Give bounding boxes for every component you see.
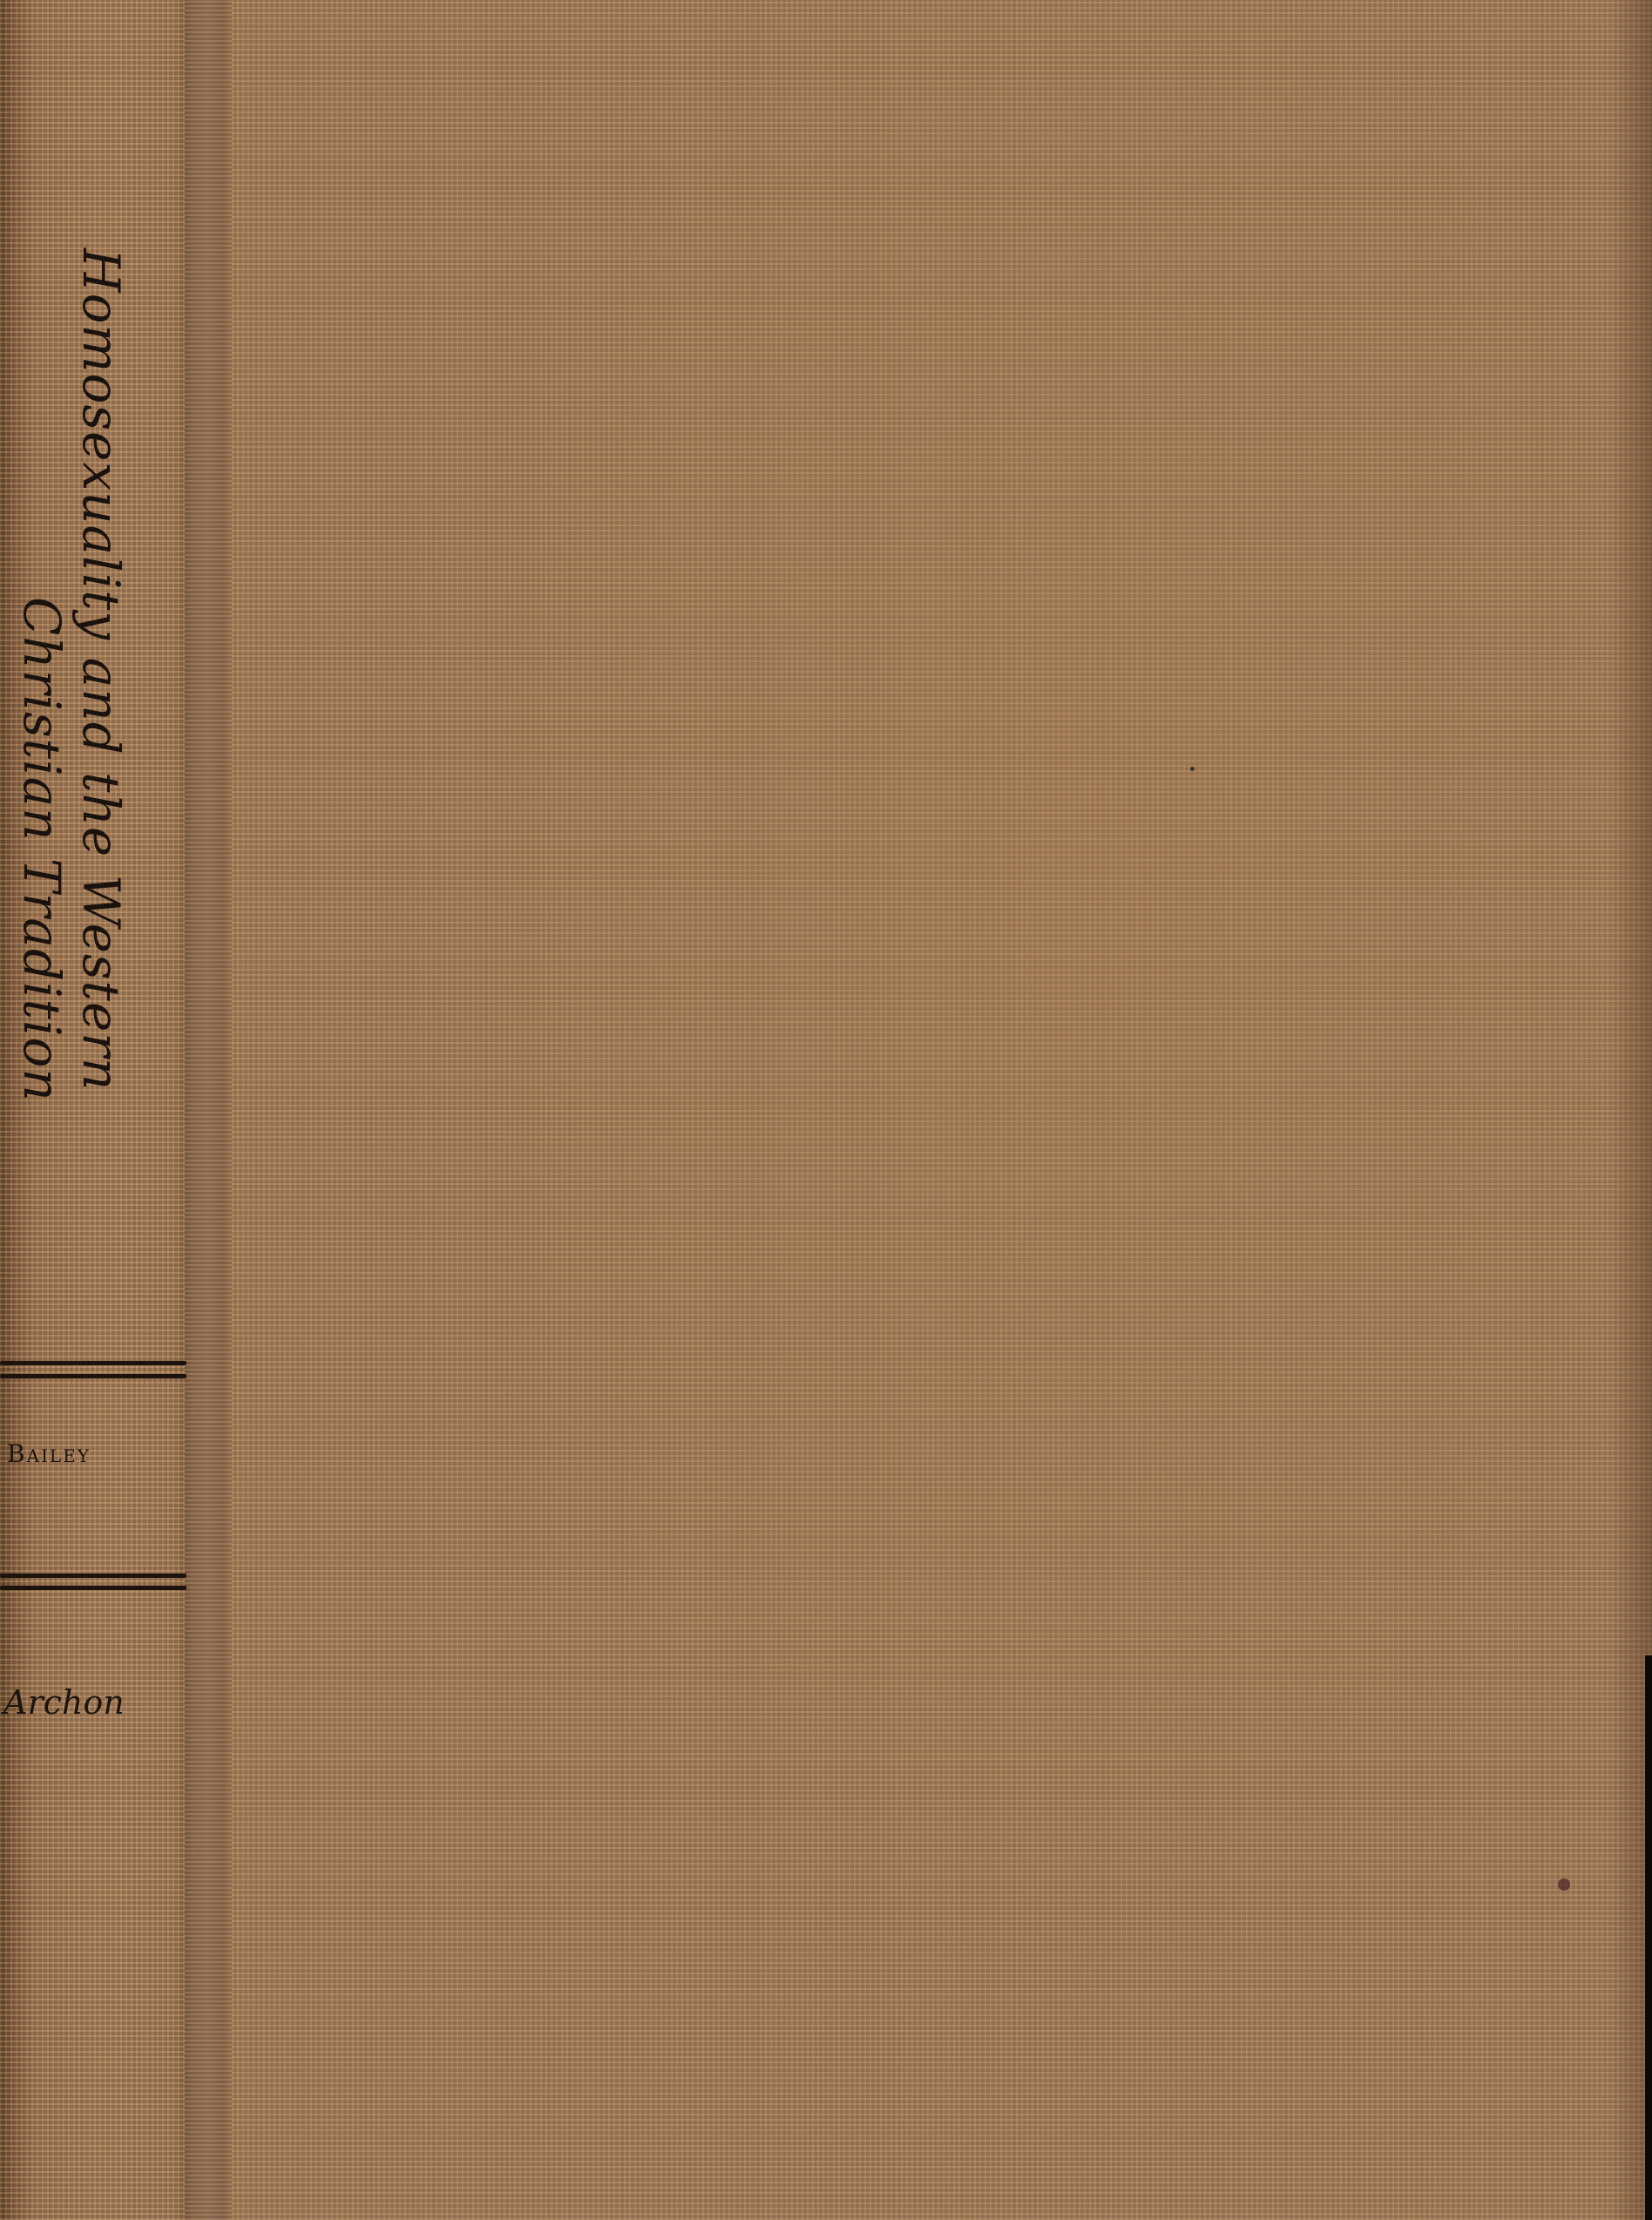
cloth-texture	[232, 0, 1652, 2220]
spine-title-line-1: Homosexuality and the Western	[71, 248, 131, 1091]
spine-title: Homosexuality and the Western Christian …	[0, 0, 185, 1307]
spine-author: Bailey	[7, 1439, 91, 1468]
spine-hinge-groove	[185, 0, 232, 2220]
cover-stain-spot	[1558, 1878, 1570, 1891]
spine-rule-bottom-1	[0, 1574, 186, 1578]
spine-title-line-2: Christian Tradition	[12, 597, 71, 1102]
spine-rule-top-1	[0, 1361, 186, 1365]
book-spine: Homosexuality and the Western Christian …	[0, 0, 185, 2220]
spine-publisher: Archon	[3, 1683, 125, 1722]
cover-speck	[1190, 767, 1195, 771]
lighting-overlay	[232, 0, 1652, 2220]
hinge-texture	[185, 0, 232, 2220]
background-edge	[1645, 1655, 1652, 2220]
book-cover-photo: Homosexuality and the Western Christian …	[0, 0, 1652, 2220]
spine-rule-top-2	[0, 1374, 186, 1378]
front-cover-board	[232, 0, 1652, 2220]
spine-rule-bottom-2	[0, 1586, 186, 1590]
